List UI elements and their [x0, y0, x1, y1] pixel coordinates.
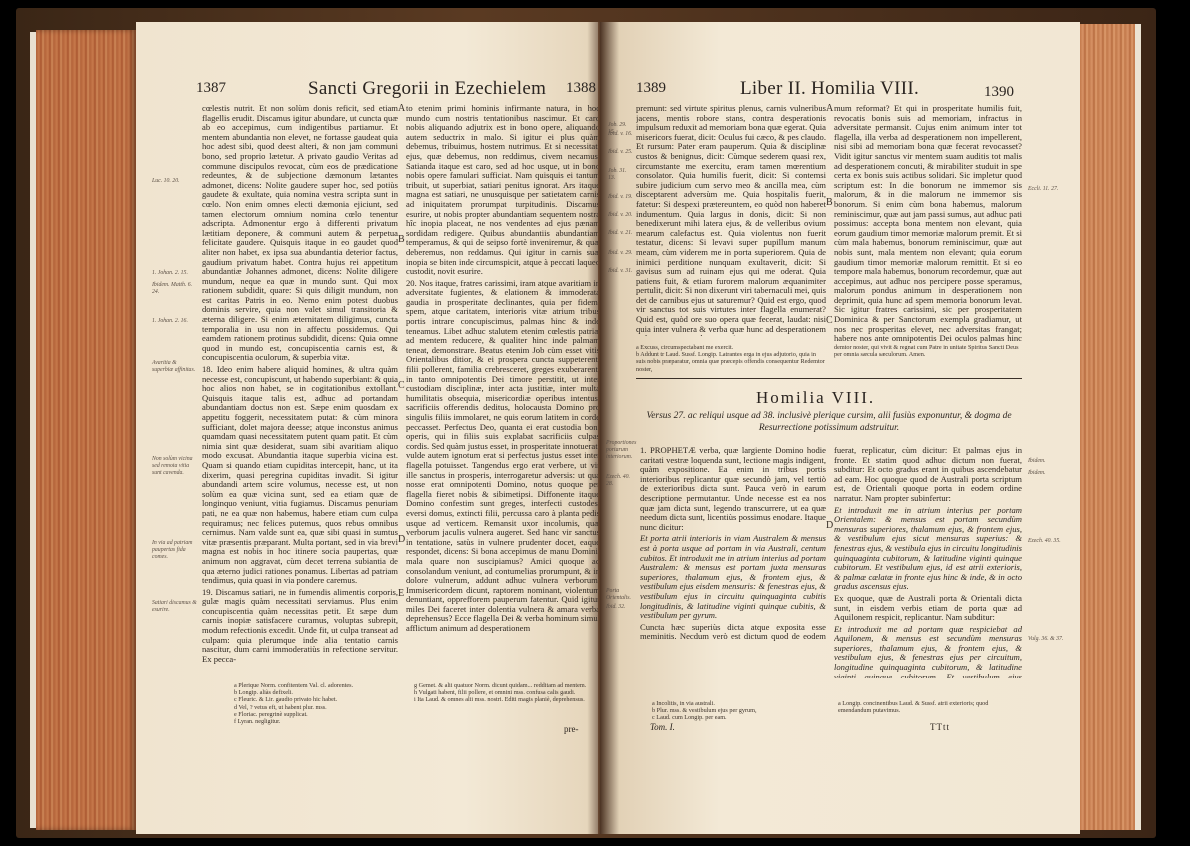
- running-title-left: Sancti Gregorii in Ezechielem: [308, 78, 546, 100]
- margin-letter-b: B: [398, 234, 405, 245]
- paragraph-19: 19. Discamus satiari, ne in fumendis ali…: [202, 588, 398, 665]
- catchword: pre-: [564, 724, 579, 734]
- footnotes-right-top-col-1: a Excuss, circumspectabant me exercit. b…: [636, 344, 826, 373]
- footnotes-left-col-2: g Gemet. & alii quatuor Norm. dicunt qui…: [414, 682, 600, 704]
- footnote: e Floriac. peregrinè supplicat.: [234, 711, 400, 718]
- margin-note: Ibid. v. 21.: [608, 230, 634, 237]
- paragraph: Ex quoque, quæ de Australi porta & Orien…: [834, 594, 1022, 623]
- footnote: g Gemet. & alii quatuor Norm. dicunt qui…: [414, 682, 600, 689]
- right-page-column-2: mum reformat? Et qui in prosperitate hum…: [834, 104, 1022, 344]
- margin-letter-e: E: [398, 588, 404, 599]
- margin-note: Ibid. v. 31.: [608, 268, 634, 275]
- margin-note: Eccli. 11. 27.: [1028, 186, 1072, 193]
- left-page-header: 1387 Sancti Gregorii in Ezechielem 1388: [196, 78, 596, 100]
- paragraph: fuerat, replicatur, cùm dicitur: Et palm…: [834, 446, 1022, 504]
- paragraph-18: 18. Ideo enim habere aliquid homines, & …: [202, 365, 398, 586]
- page-number-1390: 1390: [984, 84, 1014, 101]
- margin-note: Avaritia & superbiæ affinitas.: [152, 360, 198, 374]
- margin-note: Satiari discamus & esurire.: [152, 600, 198, 614]
- margin-letter-a: A: [826, 103, 833, 114]
- left-fore-edge: [36, 30, 136, 830]
- margin-letter-c: C: [826, 315, 833, 326]
- margin-note: Non solùm vicina sed remota vitia sunt c…: [152, 456, 198, 477]
- footnote: f Lyran. negligitur.: [234, 718, 400, 725]
- signature-mark: TTtt: [930, 722, 950, 732]
- paragraph: cœlestis nutrit. Et non solùm donis refi…: [202, 104, 398, 363]
- footnotes-right-bottom-col-2: a Longip. concinentibus Laud. & Sussf. a…: [838, 700, 1022, 714]
- scripture-quote: Et introduxit me in atrium interius per …: [834, 506, 1022, 592]
- scripture-quote: Et porta atrii interioris in viam Austra…: [640, 534, 826, 620]
- margin-note: Ibidem. Matth. 6. 24.: [152, 282, 198, 296]
- paragraph-20: 20. Nos itaque, fratres carissimi, iram …: [406, 279, 600, 634]
- section-divider: [636, 378, 1022, 379]
- footnote: b Plur. mss. & vestibulum ejus per gyrum…: [652, 707, 822, 714]
- scripture-quote: Et introduxit me ad portam quæ respicieb…: [834, 625, 1022, 678]
- margin-note: In via ad patriam paupertas fida comes.: [152, 540, 198, 561]
- paragraph-1: 1. PROPHETÆ verba, quæ largiente Domino …: [640, 446, 826, 532]
- paragraph: mum reformat? Et qui in prosperitate hum…: [834, 104, 1022, 344]
- margin-note: 1. Johan. 2. 16.: [152, 318, 198, 325]
- footnote: d Vel, ? vetus eft, ut habent plur. mss.: [234, 704, 400, 711]
- margin-note: Ibid. 32.: [606, 604, 636, 611]
- margin-letter-d: D: [398, 534, 405, 545]
- tome-label: Tom. I.: [650, 722, 675, 732]
- footnotes-right-bottom-col-1: a Incolitis, in via australi. b Plur. ms…: [652, 700, 822, 722]
- footnote: a Incolitis, in via australi.: [652, 700, 822, 707]
- margin-note: Ezech. 40. 35.: [1028, 538, 1072, 545]
- margin-note: Ibid. v. 16.: [608, 131, 634, 138]
- margin-letter-d: D: [826, 520, 833, 531]
- margin-note: Job. 31. 13.: [608, 168, 634, 182]
- homily-title: Homilia VIII.: [756, 388, 875, 408]
- right-page-stack-white: [1135, 24, 1141, 830]
- left-page-column-2: to etenim primi hominis infirmante natur…: [406, 104, 600, 684]
- margin-note: Ibid. v. 25.: [608, 149, 634, 156]
- margin-note: Ibid. v. 20.: [608, 212, 634, 219]
- right-fore-edge: [1080, 24, 1135, 830]
- page-number-1389: 1389: [636, 80, 666, 97]
- footnote: i Ita Laud. & omnes alii mss. nostri. Ed…: [414, 696, 600, 703]
- margin-note: Ezech. 40. 28.: [606, 474, 636, 488]
- footnote: h Vulgati habent, filii pollere, et omni…: [414, 689, 600, 696]
- page-number-1388: 1388: [566, 80, 596, 97]
- footnote: b Longip. aliàs defixeli.: [234, 689, 400, 696]
- right-page-section1-column-1: 1. PROPHETÆ verba, quæ largiente Domino …: [640, 446, 826, 642]
- margin-note: Ibidem.: [1028, 470, 1072, 477]
- margin-note: Proportiones portarum interiorum.: [606, 440, 636, 461]
- homily-subtitle: Versus 27. ac reliqui usque ad 38. inclu…: [636, 410, 1022, 434]
- margin-letter-a: A: [398, 103, 405, 114]
- paragraph: to etenim primi hominis infirmante natur…: [406, 104, 600, 277]
- footnote: a Longip. concinentibus Laud. & Sussf. a…: [838, 700, 1022, 714]
- footnote: b Addunt tr Laud. Sussf. Longip. Latrant…: [636, 351, 826, 373]
- right-page-section1-column-2: fuerat, replicatur, cùm dicitur: Et palm…: [834, 446, 1022, 678]
- footnote: c Laud. cum Longip. per eam.: [652, 714, 822, 721]
- margin-note: Ibidem.: [1028, 458, 1072, 465]
- running-title-right: Liber II. Homilia VIII.: [740, 78, 919, 100]
- footnotes-right-top-col-2: demtor noster, qui vivit & regnat cum Pa…: [834, 344, 1022, 358]
- margin-letter-b: B: [826, 197, 833, 208]
- margin-note: Luc. 10. 20.: [152, 178, 198, 185]
- footnote: c Fleuric. & Lir. gaudio privato hic hab…: [234, 696, 400, 703]
- footnotes-left-col-1: a Plerique Norm. confitentem Val. cl. ad…: [234, 682, 400, 725]
- margin-note: Vulg. 36. & 37.: [1028, 636, 1072, 643]
- margin-letter-c: C: [398, 380, 405, 391]
- paragraph: premunt: sed virtute spiritus plenus, ca…: [636, 104, 826, 336]
- margin-note: 1. Johan. 2. 15.: [152, 270, 198, 277]
- page-number-1387: 1387: [196, 80, 226, 97]
- margin-note: Ibid. v. 19.: [608, 194, 634, 201]
- left-page-column-1: cœlestis nutrit. Et non solùm donis refi…: [202, 104, 398, 684]
- margin-note: Ibid. v. 29.: [608, 250, 634, 257]
- paragraph: Cuncta hæc superiùs dicta atque exposita…: [640, 623, 826, 642]
- footnote: a Plerique Norm. confitentem Val. cl. ad…: [234, 682, 400, 689]
- footnote: a Excuss, circumspectabant me exercit.: [636, 344, 826, 351]
- right-page-header: 1389 Liber II. Homilia VIII. 1390: [636, 78, 1026, 100]
- margin-note: Porta Orientalis.: [606, 588, 636, 602]
- right-page-column-1: premunt: sed virtute spiritus plenus, ca…: [636, 104, 826, 336]
